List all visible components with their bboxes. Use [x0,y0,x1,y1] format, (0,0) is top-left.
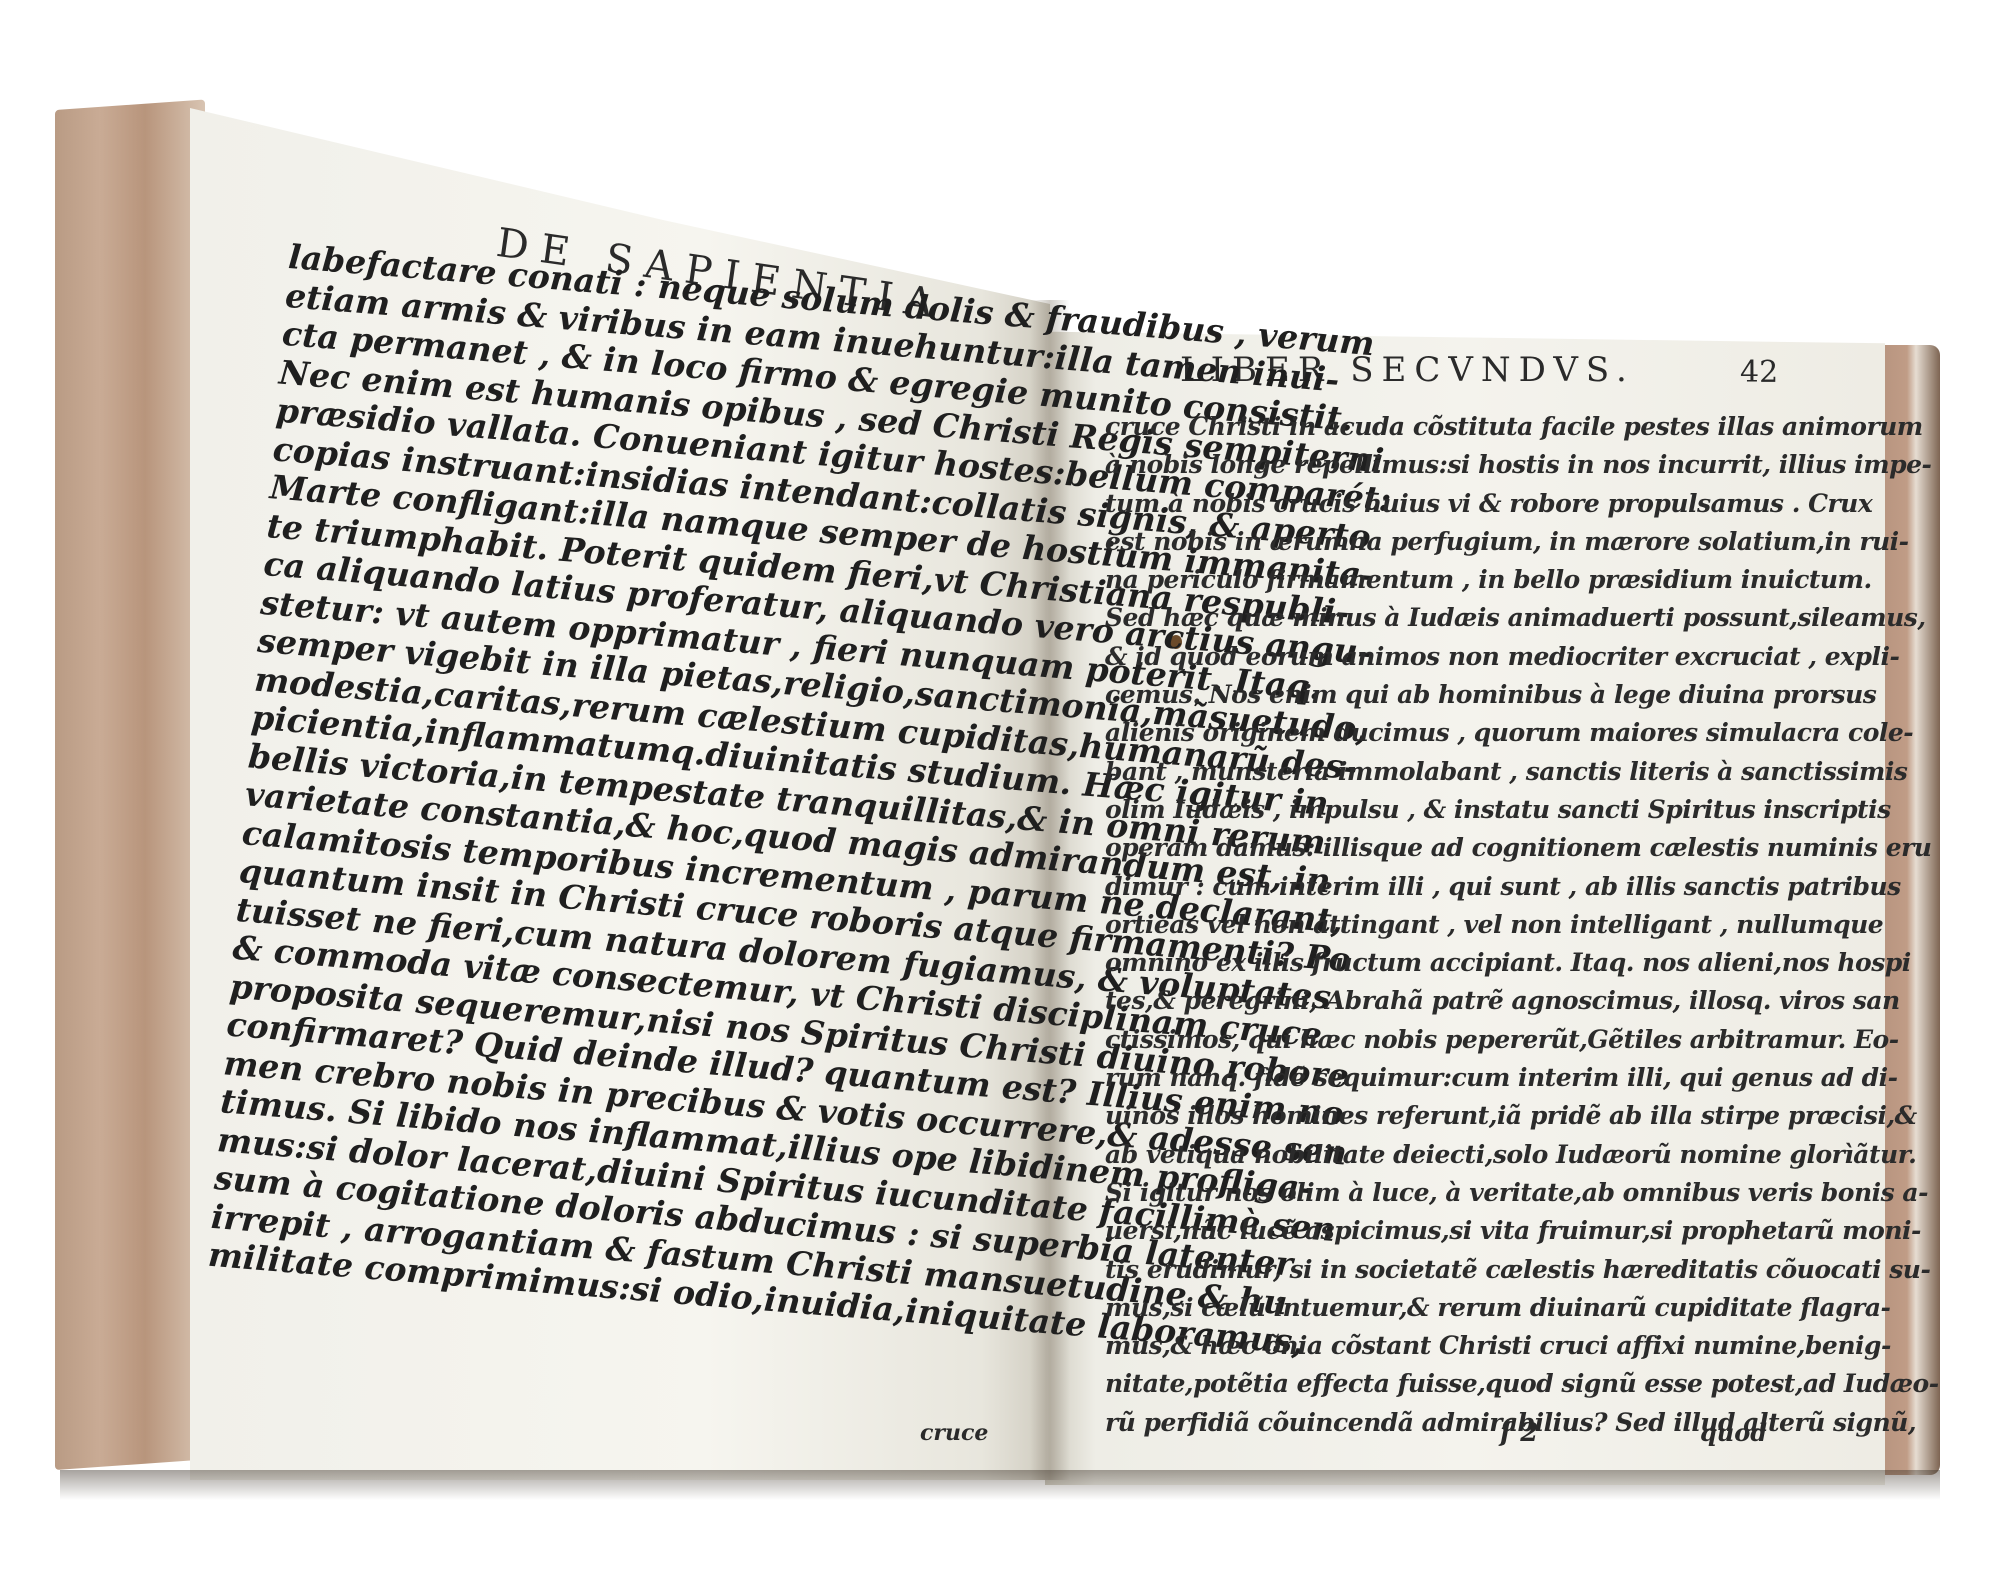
text-line: à nobis longe repellimus:si hostis in no… [1105,446,1939,484]
text-line: rum nanq. fidẽ sequimur:cum interim illi… [1105,1059,1939,1097]
text-line: omnino ex illis fructum accipiant. Itaq.… [1105,944,1939,982]
text-line: est nobis in ærumna perfugium, in mærore… [1105,523,1939,561]
signature-mark: ſ 2 [1500,1418,1538,1448]
text-line: Si igitur nos olim à luce, à veritate,ab… [1105,1174,1939,1212]
book-shadow [60,1470,1940,1500]
page-number: 42 [1740,355,1778,390]
text-line: mus,& hæc õnia cõstant Christi cruci aff… [1105,1327,1939,1365]
text-line: uersi,nũc lucẽ aspicimus,si vita fruimur… [1105,1212,1939,1250]
text-line: operam damus: illisque ad cognitionem cæ… [1105,829,1939,867]
text-line: tis erudimur, si in societatẽ cælestis h… [1105,1251,1939,1289]
text-line: alienis originem ducimus , quorum maiore… [1105,714,1939,752]
text-line: dimur : cum interim illi , qui sunt , ab… [1105,868,1939,906]
text-line: cemus. Nos enim qui ab hominibus à lege … [1105,676,1939,714]
right-catchword: quod [1700,1418,1767,1447]
text-line: tes,& peregrini, Abrahã patrẽ agnoscimus… [1105,982,1939,1020]
text-line: bant , munsteria immolabant , sanctis li… [1105,753,1939,791]
text-line: cruce Christi in acuda cõstituta facile … [1105,408,1939,446]
text-line: ab vetiqua nobilitate deiecti,solo Iudæo… [1105,1136,1939,1174]
text-line: ctissimos, qui hæc nobis pepererũt,Gẽtil… [1105,1021,1939,1059]
left-catchword: cruce [920,1420,988,1446]
text-line: nitate,potẽtia effecta fuisse,quod signũ… [1105,1365,1939,1403]
text-line: Sed hæc quæ minus à Iudæis animaduerti p… [1105,599,1939,637]
open-book: DE SAPIENTIA LIBER SECVNDVS. 42 labefact… [0,0,2000,1574]
text-line: & id quod eorum animos non mediocriter e… [1105,638,1939,676]
text-line: olim Iudæis , impulsu , & instatu sancti… [1105,791,1939,829]
text-line: tum à nobis crucis huius vi & robore pro… [1105,485,1939,523]
text-line: na periculo firmamentum , in bello præsi… [1105,561,1939,599]
left-page-block-edge [55,100,205,1470]
text-line: ortieas vel non attingant , vel non inte… [1105,906,1939,944]
right-page-text: cruce Christi in acuda cõstituta facile … [1105,408,1939,1442]
text-line: mus,si cælũ intuemur,& rerum diuinarũ cu… [1105,1289,1939,1327]
text-line: uinos illos homines referunt,iã pridẽ ab… [1105,1097,1939,1135]
